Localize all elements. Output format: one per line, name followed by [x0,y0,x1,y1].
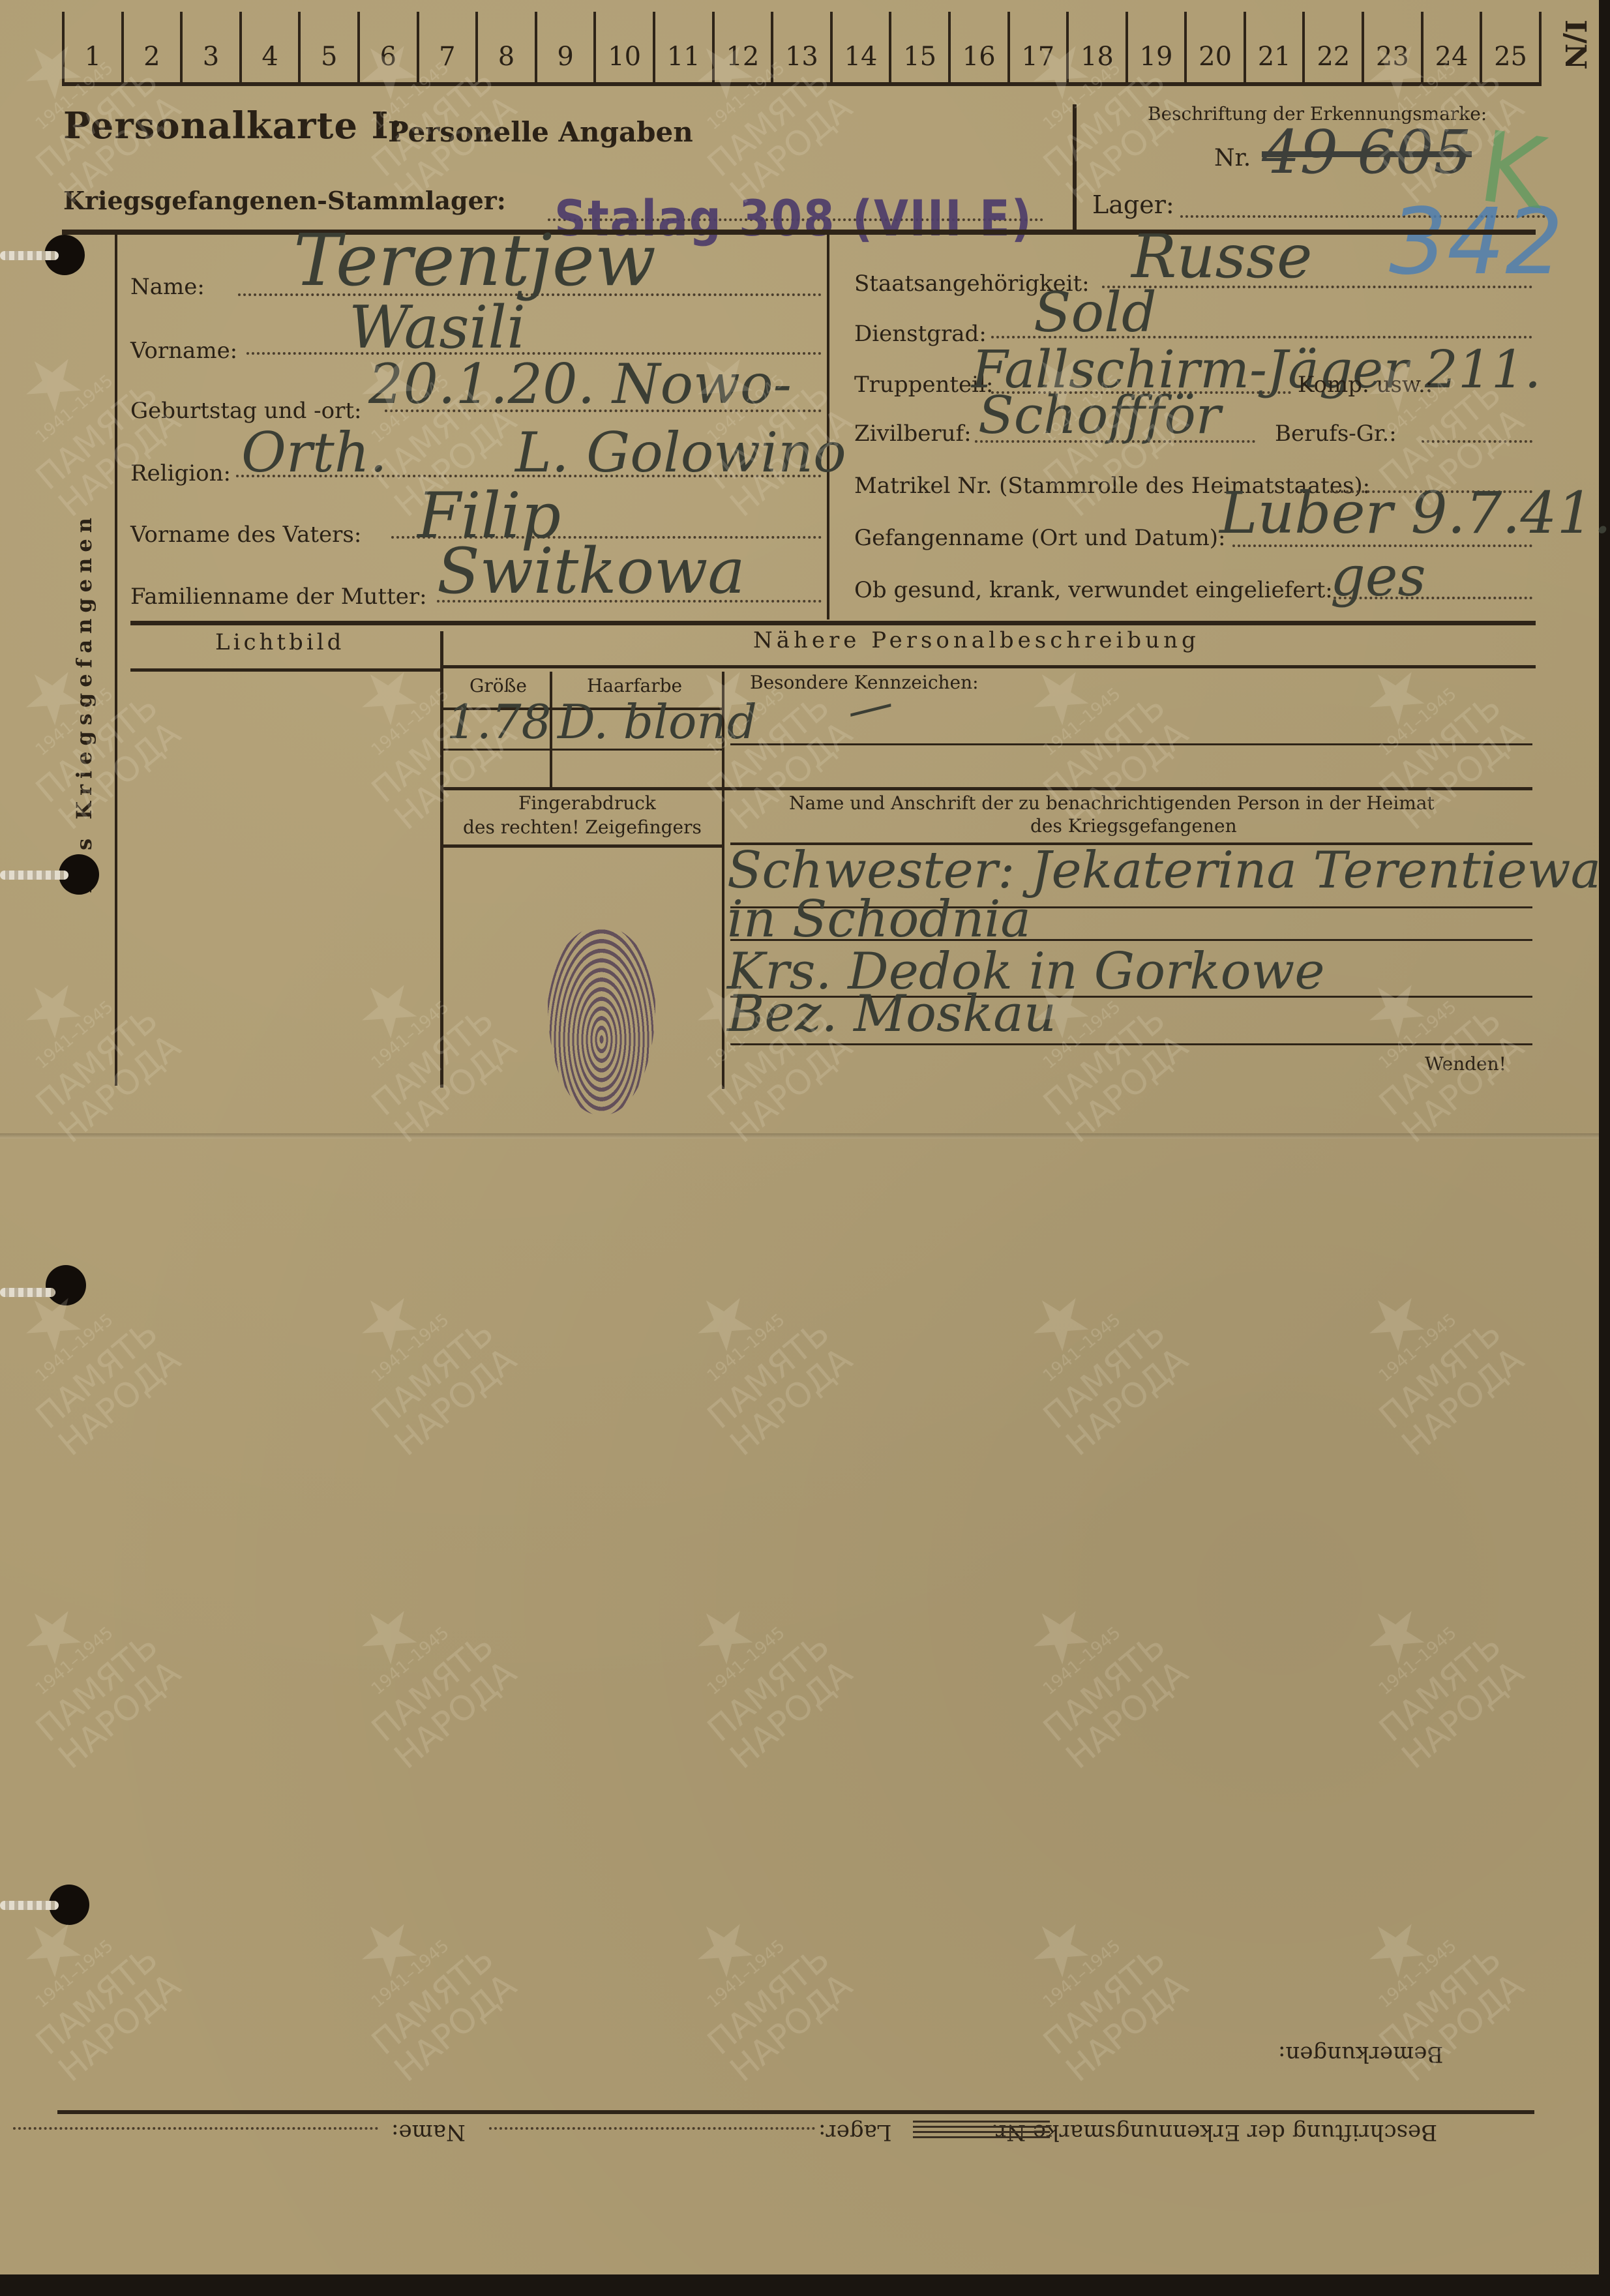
watermark: ★1941–1945ПАМЯТЬНАРОДА [321,1261,523,1463]
watermark: ★1941–1945ПАМЯТЬНАРОДА [321,1574,523,1776]
personnel-card: 1234567891011121314151617181920212223242… [0,0,1599,2274]
zivilberuf-label: Zivilberuf: [854,421,972,447]
fingerprint-image [548,926,655,1115]
gesund-value: ges [1330,544,1426,608]
staatsangehoerigkeit-value: Russe [1131,222,1312,291]
reverse-name-label: Name: [391,2119,466,2145]
mutter-label: Familienname der Mutter: [130,584,427,610]
watermark: ★1941–1945ПАМЯТЬНАРОДА [321,948,523,1150]
geburt-value: 20.1.20. Nowo- [368,352,792,416]
strip-cell: 20 [1187,12,1246,82]
komp-label: Komp. usw.: [1298,372,1433,398]
strip-cell: 14 [833,12,892,82]
bemerkungen-label: Bemerkungen: [1278,2041,1443,2067]
zivilberuf-value: Schoffför [978,385,1221,445]
groesse-value-rule [443,749,724,751]
name-value: Terentjew [293,218,656,302]
berufs-gr-label: Berufs-Gr.: [1275,421,1397,447]
groesse-value: 1.78 [447,694,551,749]
reverse-beschriftung-label: Beschriftung der Erkennungsmarke Nr. [991,2119,1437,2145]
strip-cell: 23 [1364,12,1424,82]
gefangenname-label: Gefangenname (Ort und Datum): [854,525,1225,551]
watermark: ★1941–1945ПАМЯТЬНАРОДА [992,1887,1195,2089]
section-rule [130,621,1536,625]
strip-cell: 19 [1128,12,1187,82]
fingerprint-label-2: des rechten! Zeigefingers [463,816,702,838]
haarfarbe-label: Haarfarbe [587,675,682,696]
strip-cell: 6 [360,12,419,82]
strip-cell: 12 [715,12,774,82]
binding-hole [46,1265,86,1305]
description-header: Nähere Personalbeschreibung [753,627,1200,653]
watermark: ★1941–1945ПАМЯТЬНАРОДА [1328,1261,1530,1463]
strip-cell: 18 [1069,12,1128,82]
watermark: ★1941–1945ПАМЯТЬНАРОДА [321,1887,523,2089]
reverse-rule [57,2110,1534,2114]
reverse-name-dots [13,2127,378,2130]
watermark: ★1941–1945ПАМЯТЬНАРОДА [0,1887,186,2089]
strip-cell: 1 [65,12,124,82]
binding-string [0,871,68,880]
strip-cell: 2 [124,12,183,82]
strip-cell: 25 [1482,12,1542,82]
reverse-nr-lines [913,2121,1050,2140]
strip-cell: 16 [951,12,1010,82]
lager-label: Lager: [1092,190,1174,219]
dienstgrad-label: Dienstgrad: [854,321,987,347]
vater-label: Vorname des Vaters: [130,522,361,548]
watermark: ★1941–1945ПАМЯТЬНАРОДА [992,1261,1195,1463]
watermark: ★1941–1945ПАМЯТЬНАРОДА [657,1261,859,1463]
photo-divider [440,631,443,1088]
binding-string [0,1901,59,1910]
strip-cell: 17 [1010,12,1069,82]
gesund-label: Ob gesund, krank, verwundet eingeliefert… [854,577,1333,603]
header-divider [1073,104,1077,235]
religion-extra: L. Golowino [515,421,846,485]
stammlager-label: Kriegsgefangenen-Stammlager: [63,186,506,215]
name-label: Name: [130,274,205,300]
lichtbild-rule [130,668,440,672]
strip-cell: 13 [773,12,833,82]
side-column-rule [115,235,117,1086]
contact-label-1: Name und Anschrift der zu benachrichtige… [789,792,1435,814]
reverse-lager-label: Lager: [818,2119,891,2145]
contact-label-2: des Kriegsgefangenen [1030,815,1237,837]
nr-label: Nr. [1214,145,1251,171]
berufs-gr-dotted-line [1422,440,1532,443]
main-top-rule [62,230,1536,235]
reverse-lager-dots [489,2127,815,2130]
strip-cell: 8 [478,12,537,82]
religion-value: Orth. [241,421,387,485]
watermark: ★1941–1945ПАМЯТЬНАРОДА [657,1574,859,1776]
vorname-label: Vorname: [130,338,237,364]
religion-label: Religion: [130,460,231,486]
strip-cell: 24 [1424,12,1483,82]
strip-cell: 15 [891,12,951,82]
kennzeichen-rule [730,743,1532,745]
strip-cell: 5 [301,12,360,82]
strip-cell: 22 [1305,12,1364,82]
geburt-label: Geburtstag und -ort: [130,398,362,424]
groesse-label: Größe [470,675,527,696]
watermark: ★1941–1945ПАМЯТЬНАРОДА [0,1574,186,1776]
contact-line-4: Bez. Moskau [727,985,1056,1043]
lichtbild-label: Lichtbild [215,629,344,655]
watermark: ★1941–1945ПАМЯТЬНАРОДА [0,948,186,1150]
binding-string [0,1288,55,1297]
mutter-value: Switkowa [437,535,745,608]
haarfarbe-value: D. blond [558,694,757,749]
card-title: Personalkarte I: [63,104,403,147]
fingerprint-divider [722,672,724,1089]
watermark: ★1941–1945ПАМЯТЬНАРОДА [1328,1574,1530,1776]
strip-cell: 9 [537,12,597,82]
dienstgrad-value: Sold [1034,280,1157,344]
strip-cell: 3 [183,12,242,82]
contact-rule-2 [730,939,1532,941]
fold-line [0,1133,1599,1139]
contact-rule-4 [730,1043,1532,1045]
wenden-label: Wenden! [1425,1053,1506,1075]
side-label: Des Kriegsgefangenen [72,512,97,893]
fingerprint-label-1: Fingerabdruck [518,792,656,814]
strip-cell: 4 [242,12,301,82]
strip-cell: 7 [419,12,479,82]
watermark: ★1941–1945ПАМЯТЬНАРОДА [1328,948,1530,1150]
fingerprint-rule [443,844,724,848]
description-rule [443,665,1536,668]
strip-cell: 11 [655,12,715,82]
number-strip: 1234567891011121314151617181920212223242… [62,12,1542,86]
watermark: ★1941–1945ПАМЯТЬНАРОДА [992,1574,1195,1776]
gefangenname-value: Luber 9.7.41. [1219,479,1610,546]
watermark: ★1941–1945ПАМЯТЬНАРОДА [657,1887,859,2089]
strip-cell: 21 [1246,12,1305,82]
binding-string [0,251,59,260]
strip-cell: 10 [596,12,655,82]
nr-value: 49 605 [1262,117,1472,187]
fingerprint-rule-top [443,787,1532,790]
card-subtitle: Personelle Angaben [388,116,693,148]
corner-mark: I/N [1558,20,1592,70]
